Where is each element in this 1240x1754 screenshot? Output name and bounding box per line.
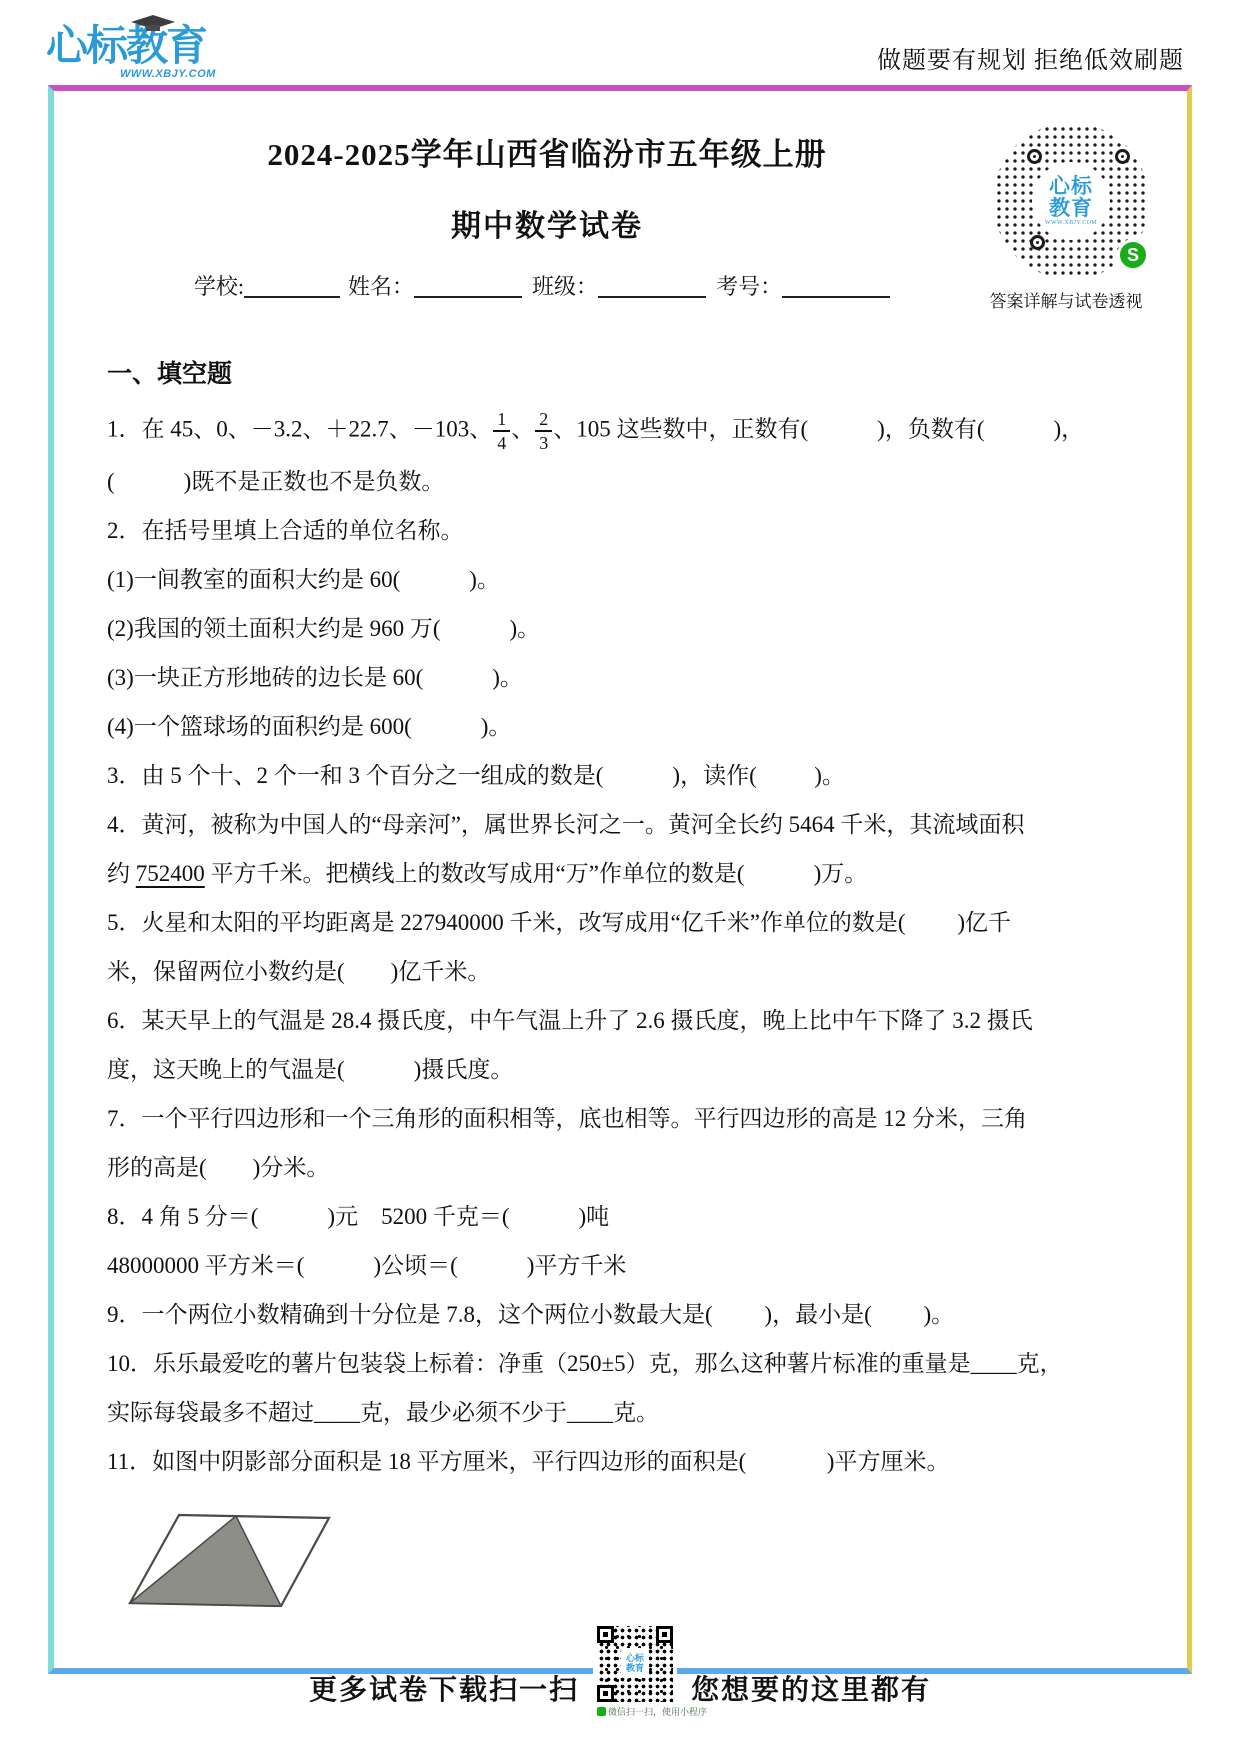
footer-qr-logo: 心标 教育 [621, 1648, 649, 1678]
question-7-line-2: 形的高是( )分米。 [107, 1154, 1141, 1182]
class-label: 班级： [532, 274, 598, 299]
question-4-line-1: 4．黄河，被称为中国人的“母亲河”，属世界长河之一。黄河全长约 5464 千米，… [107, 811, 1141, 839]
exam-title-line2: 期中数学试卷 [107, 201, 987, 245]
fraction-2-3: 23 [535, 410, 552, 452]
question-2-item-4: (4)一个篮球场的面积约是 600( )。 [107, 713, 1141, 741]
answer-qr-code: 心标 教育 WWW.XBJY.COM S [993, 123, 1149, 279]
question-2: 2．在括号里填上合适的单位名称。 [107, 517, 1141, 545]
school-label: 学校: [194, 274, 244, 299]
qr-center-logo: 心标 教育 WWW.XBJY.COM [1032, 162, 1110, 240]
name-label: 姓名： [348, 274, 414, 299]
question-2-item-2: (2)我国的领土面积大约是 960 万( )。 [107, 615, 1141, 643]
question-8-line-1: 8．4 角 5 分＝( )元 5200 千克＝( )吨 [107, 1203, 1141, 1231]
qr-finder-icon [597, 1626, 614, 1643]
header-slogan: 做题要有规划 拒绝低效刷题 [877, 40, 1184, 75]
q4-text-pre: 约 [107, 861, 136, 886]
qr-bullseye-icon [1027, 149, 1042, 164]
question-5-line-1: 5．火星和太阳的平均距离是 227940000 千米，改写成用“亿千米”作单位的… [107, 909, 1141, 937]
title-block: 2024-2025学年山西省临汾市五年级上册 期中数学试卷 学校:姓名：班级：考… [107, 129, 987, 301]
qr-finder-icon [656, 1626, 673, 1643]
page-border-frame: 2024-2025学年山西省临汾市五年级上册 期中数学试卷 学校:姓名：班级：考… [48, 85, 1192, 1674]
qr-logo-line2: 教育 [1049, 198, 1093, 220]
brand-logo-url: WWW.XBJY.COM [120, 68, 216, 80]
question-1-line-2: ( )既不是正数也不是负数。 [107, 468, 1141, 496]
exam-title-line1: 2024-2025学年山西省临汾市五年级上册 [107, 129, 987, 174]
qr-bullseye-icon [1030, 235, 1045, 250]
footer: 更多试卷下载扫一扫 心标 教育 微信扫一扫，使用小程序 您想要的这里都有 [0, 1626, 1240, 1718]
name-blank [414, 276, 522, 298]
school-blank [244, 276, 340, 298]
question-10-line-1: 10．乐乐最爱吃的薯片包装袋上标着：净重（250±5）克，那么这种薯片标准的重量… [107, 1350, 1141, 1378]
question-2-item-1: (1)一间教室的面积大约是 60( )。 [107, 566, 1141, 594]
exam-no-blank [782, 276, 890, 298]
question-6-line-2: 度，这天晚上的气温是( )摄氏度。 [107, 1056, 1141, 1084]
class-blank [598, 276, 706, 298]
q1-text-pre: 1．在 45、0、－3.2、＋22.7、－103、 [107, 416, 492, 441]
question-10-line-2: 实际每袋最多不超过____克，最少必须不少于____克。 [107, 1399, 1141, 1427]
wechat-icon [597, 1707, 606, 1716]
qr-bullseye-icon [1115, 149, 1130, 164]
footer-qr-pattern: 心标 教育 [597, 1626, 673, 1702]
footer-qr-code: 心标 教育 微信扫一扫，使用小程序 [593, 1626, 677, 1718]
question-7-line-1: 7．一个平行四边形和一个三角形的面积相等，底也相等。平行四边形的高是 12 分米… [107, 1105, 1141, 1133]
question-6-line-1: 6．某天早上的气温是 28.4 摄氏度，中午气温上升了 2.6 摄氏度，晚上比中… [107, 1007, 1141, 1035]
question-3: 3．由 5 个十、2 个一和 3 个百分之一组成的数是( )，读作( )。 [107, 762, 1141, 790]
question-9: 9．一个两位小数精确到十分位是 7.8，这个两位小数最大是( )，最小是( )。 [107, 1301, 1141, 1329]
exam-paper-page: { "colors":{ "border_top":"#c653c6","bor… [0, 0, 1240, 1754]
question-8-line-2: 48000000 平方米＝( )公顷＝( )平方千米 [107, 1252, 1141, 1280]
question-11: 11．如图中阴影部分面积是 18 平方厘米，平行四边形的面积是( )平方厘米。 [107, 1448, 1141, 1476]
question-4-line-2: 约 752400 平方千米。把横线上的数改写成用“万”作单位的数是( )万。 [107, 860, 1141, 888]
brand-logo: 心标教育 WWW.XBJY.COM [46, 20, 246, 80]
fraction-1-4: 14 [493, 410, 510, 452]
qr-logo-url: WWW.XBJY.COM [1045, 220, 1097, 226]
question-1-line-1: 1．在 45、0、－3.2、＋22.7、－103、14、23、105 这些数中，… [107, 410, 1141, 452]
qr-finder-icon [597, 1685, 614, 1702]
miniprogram-badge-icon: S [1117, 239, 1149, 271]
footer-right-text: 您想要的这里都有 [691, 1668, 931, 1718]
question-5-line-2: 米，保留两位小数约是( )亿千米。 [107, 958, 1141, 986]
underlined-number: 752400 [136, 861, 205, 886]
exam-no-label: 考号： [716, 274, 782, 299]
question-2-item-3: (3)一块正方形地砖的边长是 60( )。 [107, 664, 1141, 692]
q4-text-post: 平方千米。把横线上的数改写成用“万”作单位的数是( )万。 [205, 861, 868, 886]
section-title: 一、填空题 [107, 354, 1141, 390]
qr-dot-pattern: 心标 教育 WWW.XBJY.COM S [993, 123, 1149, 279]
qr-logo-line1: 心标 [1049, 176, 1093, 198]
q1-text-post: 、105 这些数中，正数有( )，负数有( )， [553, 416, 1084, 441]
parallelogram-figure [123, 1511, 335, 1613]
footer-qr-note: 微信扫一扫，使用小程序 [597, 1705, 673, 1718]
student-info-form: 学校:姓名：班级：考号： [107, 270, 987, 301]
paper-head: 2024-2025学年山西省临汾市五年级上册 期中数学试卷 学校:姓名：班级：考… [107, 129, 1141, 344]
footer-left-text: 更多试卷下载扫一扫 [309, 1668, 579, 1718]
q1-separator: 、 [511, 416, 534, 441]
graduation-cap-icon [130, 14, 176, 32]
qr-caption: 答案详解与试卷透视 [971, 287, 1161, 312]
page-content: 2024-2025学年山西省临汾市五年级上册 期中数学试卷 学校:姓名：班级：考… [54, 91, 1187, 1668]
